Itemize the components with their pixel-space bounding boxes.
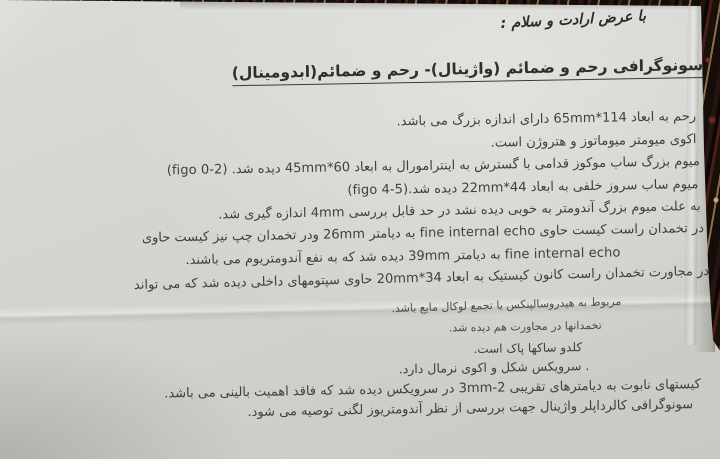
report-line: میوم ساب سروز خلفی به ابعاد 44*22mm دیده…: [347, 177, 698, 198]
report-line: میوم بزرگ ساب موکوز قدامی با گسترش به ای…: [167, 154, 700, 178]
report-line: تخمدانها در مجاورت هم دیده شد.: [449, 319, 602, 335]
document-paper: با عرض ارادت و سلام : سونوگرافی رحم و ضم…: [0, 0, 720, 459]
report-line: رحم به ابعاد 114*65mm دارای اندازه بزرگ …: [396, 109, 696, 129]
greeting-text: با عرض ارادت و سلام :: [500, 8, 646, 32]
report-line: کلدو ساکها پاک است.: [473, 340, 582, 356]
report-title-text: سونوگرافی رحم و ضمائم (واژینال)- رحم و ض…: [232, 56, 704, 86]
report-title: سونوگرافی رحم و ضمائم (واژینال)- رحم و ض…: [232, 56, 704, 86]
report-line: سونوگرافی کالرداپلر واژینال جهت بررسی از…: [247, 397, 693, 420]
report-line: به علت میوم بزرگ آندومتر به خوبی دیده نش…: [218, 199, 701, 222]
report-line: . سرویکس شکل و اکوی نرمال دارد.: [399, 358, 590, 376]
report-line: در مجاورت تخمدان راست کانون کیستیک به اب…: [133, 264, 709, 293]
report-line: مربوط به هیدروسالپنکس یا تجمع لوکال مایع…: [391, 295, 621, 315]
photo-frame: با عرض ارادت و سلام : سونوگرافی رحم و ضم…: [0, 0, 720, 459]
report-line: اکوی میومتر میوماتوز و هتروژن است.: [490, 132, 696, 151]
report-body: با عرض ارادت و سلام : سونوگرافی رحم و ضم…: [0, 0, 720, 459]
report-line: fine internal echo به دیامتر 39mm دیده ش…: [185, 245, 620, 268]
report-line: در تخمدان راست کیست حاوی fine internal e…: [142, 221, 704, 246]
